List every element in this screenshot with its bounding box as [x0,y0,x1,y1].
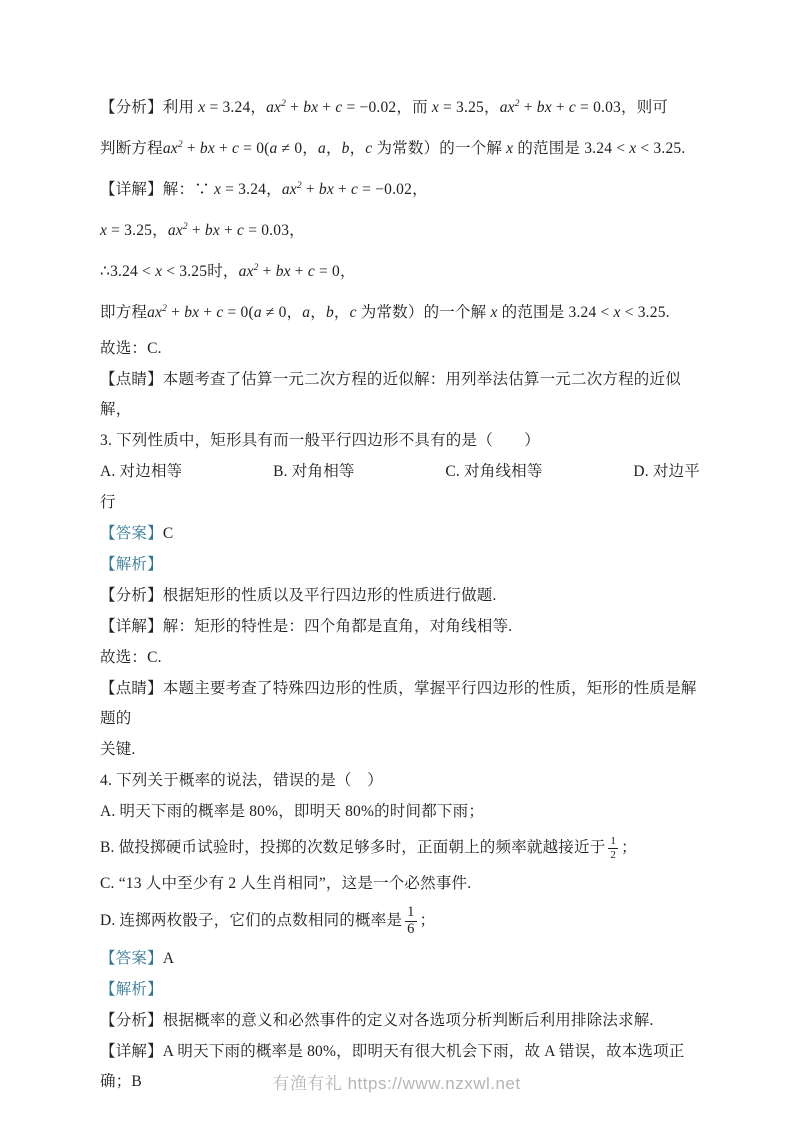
fraction-numerator: 1 [608,835,618,849]
answer-option: B. 对角相等 [273,457,355,487]
section-label: 【答案】 [100,525,163,542]
text-run: A [163,950,174,967]
math-expression: b [342,140,350,157]
text-run: ∴ [100,263,110,280]
text-run: 【详解】解：∵ [100,181,210,198]
fraction-denominator: 6 [407,922,414,938]
math-expression: ax [168,222,183,239]
q3-remark-line-1: 【点睛】本题主要考查了特殊四边形的性质，掌握平行四边形的性质，矩形的性质是解题的 [100,674,700,734]
text-run: 【分析】利用 [100,99,194,116]
text-run: ， [334,304,350,321]
answer-option: D. 对边平 [633,457,700,487]
fraction-denominator: 2 [610,849,616,862]
text-run: ， [250,99,266,116]
text-run: ， [287,304,303,321]
text-run: 即方程 [100,304,147,321]
text-run: ； [420,912,436,929]
text-run: ， [152,222,168,239]
math-expression: + bx + c = −0.02 [286,99,396,116]
section-label: 【解析】 [100,981,163,998]
text-run: 3. 下列性质中，矩形具有而一般平行四边形不具有的是（ ） [100,432,540,449]
text-run: 【点睛】本题主要考查了特殊四边形的性质，掌握平行四边形的性质，矩形的性质是解题的 [100,680,697,727]
text-run: ， [412,181,428,198]
math-expression: x [502,140,517,157]
q3-analysis: 【分析】根据矩形的性质以及平行四边形的性质进行做题. [100,581,700,611]
q4-analysis: 【分析】根据概率的意义和必然事件的定义对各选项分析判断后利用排除法求解. [100,1006,700,1036]
q4-option-d: D. 连掷两枚骰子，它们的点数相同的概率是16； [100,900,700,943]
text-run: 关键. [100,741,135,758]
q3-conclusion: 故选：C. [100,643,700,673]
text-run: 故选：C. [100,649,162,666]
q2-detail-line-3: ∴3.24 < x < 3.25时，ax2 + bx + c = 0， [100,252,700,292]
q4-question: 4. 下列关于概率的说法，错误的是（ ） [100,766,700,796]
math-expression: ax [282,181,297,198]
text-run: ； [621,839,637,856]
q3-option-d-wrap: 行 [100,488,700,518]
q2-detail-line-4: 即方程ax2 + bx + c = 0(a ≠ 0，a，b，c 为常数）的一个解… [100,293,700,333]
q2-conclusion: 故选：C. [100,334,700,364]
text-run: ， [350,140,366,157]
math-expression: x [486,304,501,321]
text-run: 行 [100,494,116,511]
math-expression: a [318,140,326,157]
text-run: 的范围是 [502,304,565,321]
text-run: 为常数）的一个解 [372,140,502,157]
q3-options-row: A. 对边相等B. 对角相等C. 对角线相等D. 对边平 [100,457,700,487]
math-expression: ax [147,304,162,321]
fraction-numerator: 1 [405,905,416,922]
text-run: ， [289,222,305,239]
answer-option: C. 对角线相等 [445,457,542,487]
q4-option-b: B. 做投掷硬币试验时，投掷的次数足够多时，正面朝上的频率就越接近于12； [100,828,700,868]
math-expression: + bx + c = 0.03 [188,222,289,239]
math-expression: ax [163,140,178,157]
q2-analysis-line-2: 判断方程ax2 + bx + c = 0(a ≠ 0，a，b，c 为常数）的一个… [100,129,700,169]
text-run: 【分析】根据矩形的性质以及平行四边形的性质进行做题. [100,587,497,604]
answer-option: A. 对边相等 [100,457,182,487]
q3-detail: 【详解】解：矩形的特性是：四个角都是直角，对角线相等. [100,612,700,642]
text-run: ， [302,140,318,157]
math-expression: x = 3.25 [100,222,152,239]
text-run: 【分析】根据概率的意义和必然事件的定义对各选项分析判断后利用排除法求解. [100,1012,654,1029]
math-expression: + bx + c = −0.02 [302,181,412,198]
text-run: ， [340,263,356,280]
math-expression: c [350,304,357,321]
text-run: 判断方程 [100,140,163,157]
section-label: 【解析】 [100,556,163,573]
math-expression: x = 3.24 [194,99,250,116]
document-page: 【分析】利用 x = 3.24，ax2 + bx + c = −0.02，而 x… [0,0,793,1122]
q3-answer: 【答案】C [100,519,700,549]
q2-analysis-line-1: 【分析】利用 x = 3.24，ax2 + bx + c = −0.02，而 x… [100,88,700,128]
text-run: 4. 下列关于概率的说法，错误的是（ ） [100,772,383,789]
text-run: 故选：C. [100,340,162,357]
fraction: 12 [608,835,618,861]
q4-option-c: C. “13 人中至少有 2 人生肖相同”，这是一个必然事件. [100,869,700,899]
q3-remark-line-2: 关键. [100,735,700,765]
text-run: 的范围是 [517,140,580,157]
text-run: 时， [207,263,238,280]
math-expression: + bx + c = 0 [259,263,340,280]
math-expression: b [326,304,334,321]
q4-option-a: A. 明天下雨的概率是 80%，即明天 80%的时间都下雨； [100,797,700,827]
math-expression: + bx + c = 0.03 [520,99,621,116]
math-expression: 3.24 < x < 3.25 [564,304,665,321]
math-expression: + bx + c = 0(a ≠ 0 [183,140,302,157]
math-expression: 3.24 < x < 3.25 [580,140,681,157]
q3-explanation-label: 【解析】 [100,550,700,580]
q2-remark: 【点睛】本题考查了估算一元二次方程的近似解：用列举法估算一元二次方程的近似解， [100,365,700,425]
q4-explanation-label: 【解析】 [100,975,700,1005]
math-expression: ax [266,99,281,116]
text-run: ， [266,181,282,198]
math-expression: ax [239,263,254,280]
text-run: B. 做投掷硬币试验时，投掷的次数足够多时，正面朝上的频率就越接近于 [100,839,605,856]
footer-text: 有渔有礼 https://www.nzxwl.net [272,1074,520,1093]
fraction: 16 [405,905,416,938]
math-expression: x = 3.25 [428,99,484,116]
text-run: ， [326,140,342,157]
math-expression: 3.24 < x < 3.25 [110,263,207,280]
text-run: ， [484,99,500,116]
text-run: ，而 [396,99,427,116]
text-run: ， [310,304,326,321]
text-run: . [666,304,670,321]
text-run: 为常数）的一个解 [357,304,487,321]
text-run: D. 连掷两枚骰子，它们的点数相同的概率是 [100,912,402,929]
q3-question: 3. 下列性质中，矩形具有而一般平行四边形不具有的是（ ） [100,426,700,456]
q2-detail-line-1: 【详解】解：∵ x = 3.24，ax2 + bx + c = −0.02， [100,170,700,210]
text-run: C [163,525,174,542]
text-run: 【点睛】本题考查了估算一元二次方程的近似解：用列举法估算一元二次方程的近似解， [100,371,681,418]
text-run: 【详解】解：矩形的特性是：四个角都是直角，对角线相等. [100,618,512,635]
document-body: 【分析】利用 x = 3.24，ax2 + bx + c = −0.02，而 x… [100,88,700,1097]
footer-watermark: 有渔有礼 https://www.nzxwl.net [0,1069,793,1094]
text-run: C. “13 人中至少有 2 人生肖相同”，这是一个必然事件. [100,875,471,892]
text-run: A. 明天下雨的概率是 80%，即明天 80%的时间都下雨； [100,803,484,820]
q2-detail-line-2: x = 3.25，ax2 + bx + c = 0.03， [100,211,700,251]
math-expression: + bx + c = 0(a ≠ 0 [167,304,286,321]
math-expression: x = 3.24 [210,181,266,198]
text-run: ，则可 [621,99,668,116]
section-label: 【答案】 [100,950,163,967]
math-expression: ax [500,99,515,116]
text-run: . [681,140,685,157]
q4-answer: 【答案】A [100,944,700,974]
